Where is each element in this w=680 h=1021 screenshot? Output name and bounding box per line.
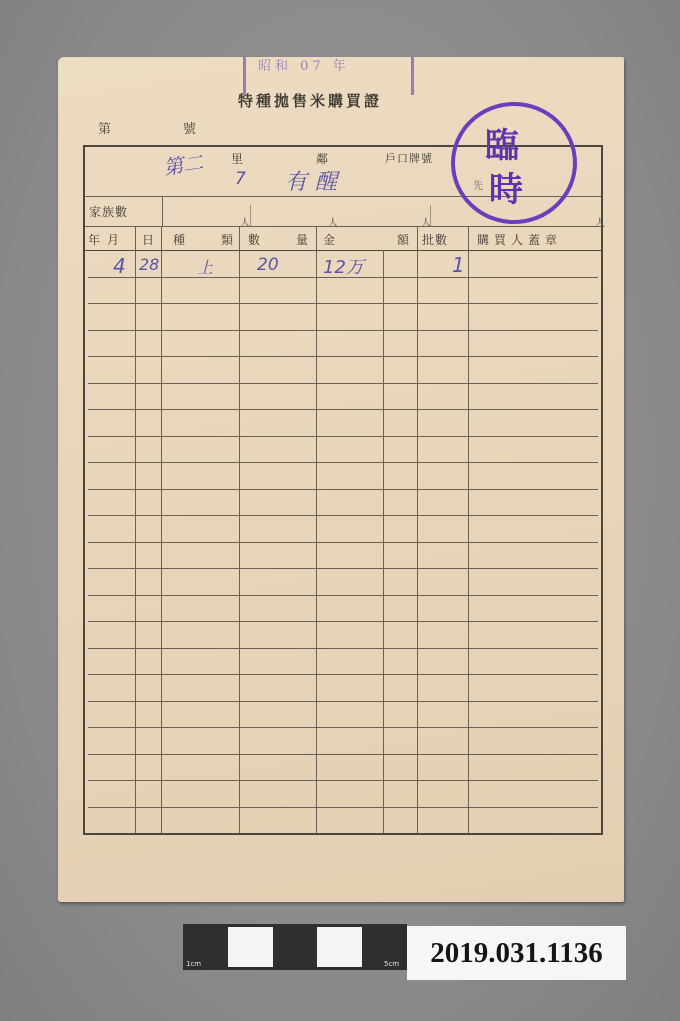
- row-line: [88, 595, 598, 596]
- col-day: 日: [142, 231, 155, 248]
- stamp-char-2: 時: [489, 162, 523, 211]
- col-batch: 批數: [422, 231, 448, 248]
- col-divider: [161, 226, 162, 833]
- row-line: [88, 303, 598, 304]
- scale-segment: [317, 927, 362, 967]
- row-line: [88, 780, 598, 781]
- col-divider: [239, 226, 240, 833]
- entry-amount: 12万: [323, 253, 364, 279]
- row-line: [88, 807, 598, 808]
- divider: [250, 205, 251, 226]
- scale-bar: [183, 924, 407, 970]
- entry-quantity: 20: [257, 255, 279, 275]
- divider: [85, 226, 601, 227]
- ledger-table: 里 鄰 戶口牌號 先 家族數 人 人 人 人 年 月 日 種 類 數 量 金 額…: [83, 145, 603, 835]
- divider: [162, 196, 163, 226]
- col-divider: [135, 226, 136, 833]
- row-line: [88, 436, 598, 437]
- household-label: 戶口牌號: [385, 150, 433, 166]
- col-quantity: 數 量: [248, 231, 312, 248]
- entry-kind: 上: [197, 255, 213, 278]
- handwritten-name: 有醒: [285, 165, 345, 196]
- row-line: [88, 754, 598, 755]
- row-line: [88, 330, 598, 331]
- row-line: [88, 621, 598, 622]
- entry-batch: 1: [452, 253, 465, 277]
- family-count-label: 家族數: [89, 203, 128, 220]
- row-line: [88, 727, 598, 728]
- row-line: [88, 542, 598, 543]
- li-label: 里: [231, 150, 244, 167]
- row-line: [88, 409, 598, 410]
- col-year: 年: [88, 231, 101, 248]
- col-divider: [316, 226, 317, 833]
- row-line: [88, 648, 598, 649]
- row-line: [88, 356, 598, 357]
- serial-suffix: 號: [183, 118, 196, 137]
- row-line: [88, 674, 598, 675]
- temporary-stamp: 臨 時: [451, 102, 577, 224]
- row-line: [88, 568, 598, 569]
- col-month: 月: [107, 231, 120, 248]
- col-divider: [417, 226, 418, 833]
- col-purchaser-seal: 購買人蓋章: [477, 231, 562, 248]
- scale-segment: [228, 927, 273, 967]
- col-amount-right: 額: [397, 231, 410, 248]
- stamp-char-1: 臨: [485, 118, 519, 167]
- scale-label-right: 5cm: [384, 960, 399, 968]
- divider: [85, 250, 601, 251]
- accession-number: 2019.031.1136: [407, 926, 626, 980]
- scale-segment: [273, 927, 318, 967]
- document-title: 特種拋售米購買證: [238, 90, 458, 111]
- col-amount-left: 金: [323, 231, 336, 248]
- date-stamp-text: 昭和 07 年: [258, 55, 350, 74]
- scale-label-left: 1cm: [186, 960, 201, 968]
- row-line: [88, 383, 598, 384]
- col-kind: 種 類: [173, 231, 237, 248]
- row-line: [88, 489, 598, 490]
- divider: [430, 205, 431, 226]
- handwritten-li: 第二: [161, 146, 205, 180]
- col-divider: [468, 226, 469, 833]
- serial-prefix: 第: [98, 118, 111, 137]
- row-line: [88, 701, 598, 702]
- entry-month: 4: [113, 254, 126, 278]
- entry-day: 28: [139, 255, 159, 274]
- handwritten-lin: 7: [235, 169, 246, 189]
- row-line: [88, 515, 598, 516]
- row-line: [88, 462, 598, 463]
